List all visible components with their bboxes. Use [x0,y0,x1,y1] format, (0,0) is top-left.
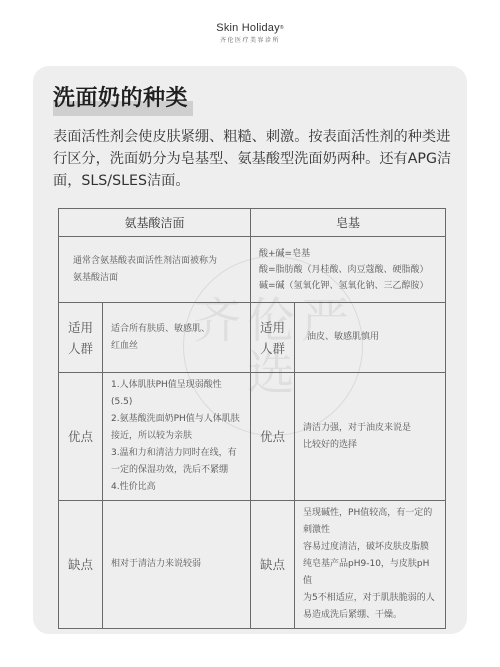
soap-base-target-users: 油皮、敏感肌慎用 [295,303,446,373]
text-line: 适合所有肤质、敏感肌、 [111,321,242,338]
table-row-pros: 优点 1.人体肌肤PH值呈现弱酸性 (5.5) 2.氨基酸洗面奶PH值与人体肌肤… [59,373,446,501]
text-line: 容易过度清洁，破坏皮肤皮脂膜 [303,539,437,556]
label-line: 优点 [251,426,294,447]
text-line: 一定的保湿功效，洗后不紧绷 [111,462,242,479]
text-line: 易造成洗后紧绷、干燥。 [303,607,437,624]
page-title-block: 洗面奶的种类 [53,84,188,114]
intro-paragraph: 表面活性剂会使皮肤紧绷、粗糙、刺激。按表面活性剂的种类进行区分，洗面奶分为皂基型… [53,126,453,192]
label-pros-right: 优点 [251,373,295,501]
text-line: 3.温和力和清洁力同时在线，有 [111,445,242,462]
label-line: 缺点 [59,554,102,575]
table-row-description: 通常含氨基酸表面活性剂洁面被称为 氨基酸洁面 酸+碱=皂基 酸=脂肪酸（月桂酸、… [59,237,446,303]
label-line: 缺点 [251,554,294,575]
table-header-row: 氨基酸洁面 皂基 [59,209,446,237]
label-line: 适用 [59,317,102,338]
text-line: 氨基酸洁面 [73,270,242,287]
text-line: 比较好的选择 [303,437,437,454]
text-line: 酸+碱=皂基 [259,246,437,262]
text-line: 红血丝 [111,338,242,355]
text-line: 油皮、敏感肌慎用 [307,329,437,346]
label-target-users-right: 适用 人群 [251,303,295,373]
text-line: 相对于清洁力来说较弱 [111,556,242,573]
label-line: 适用 [251,317,294,338]
amino-acid-cons: 相对于清洁力来说较弱 [103,501,251,629]
label-line: 人群 [59,338,102,359]
amino-acid-pros: 1.人体肌肤PH值呈现弱酸性 (5.5) 2.氨基酸洗面奶PH值与人体肌肤 接近… [103,373,251,501]
text-line: 碱=碱（氢氧化钾、氢氧化钠、三乙醇胺） [259,278,437,294]
text-line: 接近，所以较为亲肤 [111,428,242,445]
soap-base-description: 酸+碱=皂基 酸=脂肪酸（月桂酸、肉豆蔻酸、硬脂酸） 碱=碱（氢氧化钾、氢氧化钠… [251,237,446,303]
label-pros-left: 优点 [59,373,103,501]
header-soap-base: 皂基 [251,209,446,237]
label-target-users-left: 适用 人群 [59,303,103,373]
header-amino-acid: 氨基酸洁面 [59,209,251,237]
page-title: 洗面奶的种类 [53,84,188,114]
text-line: 清洁力强，对于油皮来说是 [303,420,437,437]
label-line: 优点 [59,426,102,447]
label-cons-right: 缺点 [251,501,295,629]
registered-mark: ® [280,25,284,31]
label-cons-left: 缺点 [59,501,103,629]
brand-name-text: Skin Holiday [216,22,280,34]
table-row-target-users: 适用 人群 适合所有肤质、敏感肌、 红血丝 适用 人群 油皮、敏感肌慎用 [59,303,446,373]
label-line: 人群 [251,338,294,359]
text-line: 2.氨基酸洗面奶PH值与人体肌肤 [111,411,242,428]
brand-name: Skin Holiday® [0,22,500,34]
soap-base-pros: 清洁力强，对于油皮来说是 比较好的选择 [295,373,446,501]
text-line: 酸=脂肪酸（月桂酸、肉豆蔻酸、硬脂酸） [259,262,437,278]
amino-acid-target-users: 适合所有肤质、敏感肌、 红血丝 [103,303,251,373]
text-line: 呈现碱性，PH值较高，有一定的 [303,505,437,522]
amino-acid-description: 通常含氨基酸表面活性剂洁面被称为 氨基酸洁面 [59,237,251,303]
table-row-cons: 缺点 相对于清洁力来说较弱 缺点 呈现碱性，PH值较高，有一定的 刺激性 容易过… [59,501,446,629]
comparison-table: 氨基酸洁面 皂基 通常含氨基酸表面活性剂洁面被称为 氨基酸洁面 酸+碱=皂基 酸… [58,208,446,629]
text-line: 通常含氨基酸表面活性剂洁面被称为 [73,253,242,270]
content-card: 齐伦严选 洗面奶的种类 表面活性剂会使皮肤紧绷、粗糙、刺激。按表面活性剂的种类进… [33,66,467,634]
text-line: 刺激性 [303,522,437,539]
brand-header: Skin Holiday® 齐伦医疗美容诊所 [0,22,500,45]
brand-subtitle: 齐伦医疗美容诊所 [0,37,500,45]
text-line: 1.人体肌肤PH值呈现弱酸性 (5.5) [111,377,242,411]
text-line: 4.性价比高 [111,479,242,496]
text-line: 为5不相适应，对于肌肤脆弱的人 [303,590,437,607]
soap-base-cons: 呈现碱性，PH值较高，有一定的 刺激性 容易过度清洁，破坏皮肤皮脂膜 纯皂基产品… [295,501,446,629]
text-line: 纯皂基产品pH9-10，与皮肤pH值 [303,556,437,590]
